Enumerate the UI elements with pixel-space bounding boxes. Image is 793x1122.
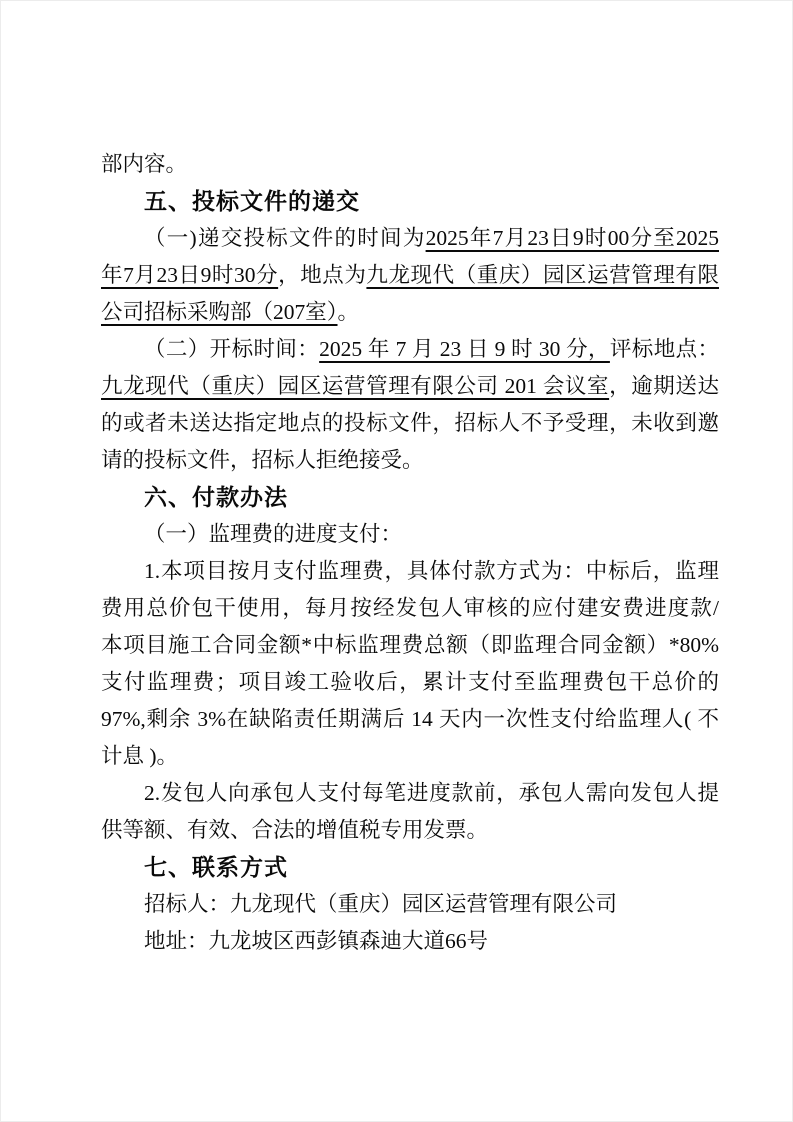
text-line: 费用总价包干使用，每月按经发包人审核的应付建安费进度款/ [101,590,719,627]
text-line: 97%,剩余 3%在缺陷责任期满后 14 天内一次性支付给监理人( 不 [101,701,719,738]
text-segment: 的或者未送达指定地点的投标文件，招标人不予受理，未收到邀 [101,411,719,435]
text-segment: 部内容。 [101,152,187,176]
text-segment: 供等额、有效、合法的增值税专用发票。 [101,818,488,842]
text-segment: 本项目施工合同金额*中标监理费总额（即监理合同金额）*80% [101,633,719,657]
text-segment: 评标地点： [610,337,719,361]
text-segment: 1.本项目按月支付监理费，具体付款方式为：中标后，监理 [144,559,719,583]
text-segment: 97%,剩余 3%在缺陷责任期满后 14 天内一次性支付给监理人( 不 [101,707,719,731]
text-line: （一)递交投标文件的时间为2025年7月23日9时00分至2025 [101,220,719,257]
text-segment: （一)递交投标文件的时间为 [144,226,426,250]
text-line: 的或者未送达指定地点的投标文件，招标人不予受理，未收到邀 [101,405,719,442]
text-segment: ，地点为 [278,263,366,287]
document-body: 部内容。五、投标文件的递交（一)递交投标文件的时间为2025年7月23日9时00… [101,146,719,960]
text-line: （一）监理费的进度支付： [101,516,719,553]
text-segment: ，逾期送达 [609,374,719,398]
text-segment: 地址：九龙坡区西彭镇森迪大道66号 [144,929,488,953]
text-line: 年7月23日9时30分，地点为九龙现代（重庆）园区运营管理有限 [101,257,719,294]
text-segment: 支付监理费；项目竣工验收后，累计支付至监理费包干总价的 [101,670,719,694]
underlined-text: 2025年7月23日9时00分至2025 [426,226,719,250]
text-line: 1.本项目按月支付监理费，具体付款方式为：中标后，监理 [101,553,719,590]
underlined-text: 2025 年 7 月 23 日 9 时 30 分， [319,337,610,361]
underlined-text: 公司招标采购部（207室） [101,300,338,324]
text-segment: （一）监理费的进度支付： [144,522,402,546]
underlined-text: 九龙现代（重庆）园区运营管理有限 [366,263,719,287]
text-line: （二）开标时间：2025 年 7 月 23 日 9 时 30 分，评标地点： [101,331,719,368]
section-heading: 五、投标文件的递交 [101,183,719,220]
underlined-text: 九龙现代（重庆）园区运营管理有限公司 201 会议室 [101,374,609,398]
section-heading: 六、付款办法 [101,479,719,516]
underlined-text: 年7月23日9时30分 [101,263,278,287]
text-segment: 五、投标文件的递交 [144,188,360,214]
text-line: 计息 )。 [101,738,719,775]
section-heading: 七、联系方式 [101,849,719,886]
text-line: 支付监理费；项目竣工验收后，累计支付至监理费包干总价的 [101,664,719,701]
text-segment: 2.发包人向承包人支付每笔进度款前，承包人需向发包人提 [144,781,719,805]
text-line: 九龙现代（重庆）园区运营管理有限公司 201 会议室，逾期送达 [101,368,719,405]
text-segment: 计息 )。 [101,744,178,768]
text-line: 部内容。 [101,146,719,183]
text-segment: （二）开标时间： [144,337,319,361]
text-segment: 六、付款办法 [144,484,288,510]
text-line: 本项目施工合同金额*中标监理费总额（即监理合同金额）*80% [101,627,719,664]
text-segment: 招标人：九龙现代（重庆）园区运营管理有限公司 [144,892,617,916]
document-page: 部内容。五、投标文件的递交（一)递交投标文件的时间为2025年7月23日9时00… [0,0,793,1122]
text-segment: 费用总价包干使用，每月按经发包人审核的应付建安费进度款/ [101,596,719,620]
text-segment: 。 [338,300,360,324]
text-line: 地址：九龙坡区西彭镇森迪大道66号 [101,923,719,960]
text-segment: 请的投标文件，招标人拒绝接受。 [101,448,424,472]
text-segment: 七、联系方式 [144,854,288,880]
text-line: 公司招标采购部（207室）。 [101,294,719,331]
text-line: 供等额、有效、合法的增值税专用发票。 [101,812,719,849]
text-line: 招标人：九龙现代（重庆）园区运营管理有限公司 [101,886,719,923]
text-line: 请的投标文件，招标人拒绝接受。 [101,442,719,479]
text-line: 2.发包人向承包人支付每笔进度款前，承包人需向发包人提 [101,775,719,812]
